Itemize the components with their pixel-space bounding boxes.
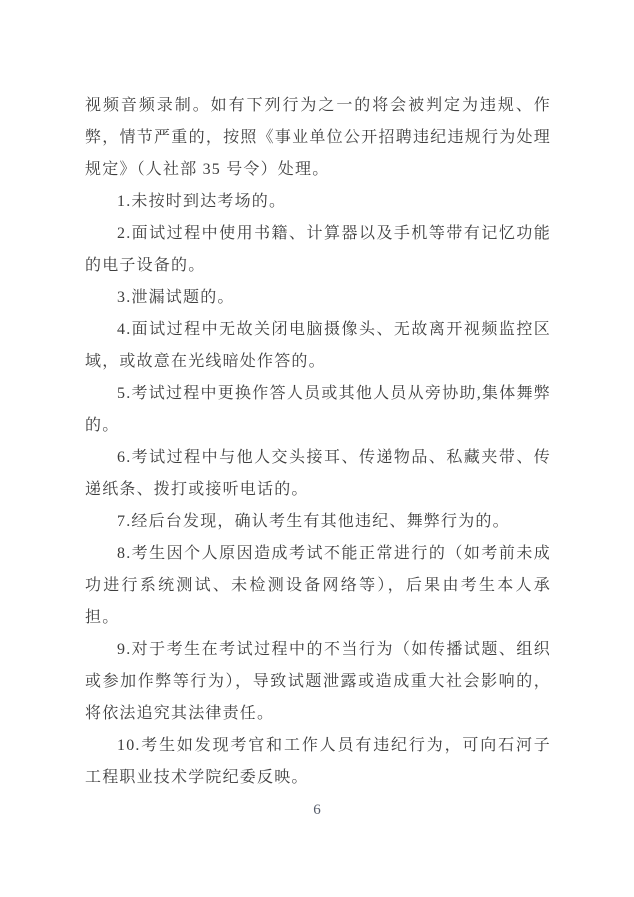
paragraph-item-4: 4.面试过程中无故关闭电脑摄像头、无故离开视频监控区域，或故意在光线暗处作答的。 xyxy=(85,314,551,378)
paragraph-item-9: 9.对于考生在考试过程中的不当行为（如传播试题、组织或参加作弊等行为），导致试题… xyxy=(85,634,551,730)
page-number: 6 xyxy=(0,798,634,822)
paragraph-item-8: 8.考生因个人原因造成考试不能正常进行的（如考前未成功进行系统测试、未检测设备网… xyxy=(85,538,551,634)
paragraph-item-1: 1.未按时到达考场的。 xyxy=(85,186,551,218)
paragraph-item-6: 6.考试过程中与他人交头接耳、传递物品、私藏夹带、传递纸条、拨打或接听电话的。 xyxy=(85,442,551,506)
document-page: 视频音频录制。如有下列行为之一的将会被判定为违规、作弊，情节严重的，按照《事业单… xyxy=(0,0,634,897)
paragraph-continuation: 视频音频录制。如有下列行为之一的将会被判定为违规、作弊，情节严重的，按照《事业单… xyxy=(85,90,551,186)
paragraph-item-7: 7.经后台发现，确认考生有其他违纪、舞弊行为的。 xyxy=(85,506,551,538)
paragraph-item-5: 5.考试过程中更换作答人员或其他人员从旁协助,集体舞弊的。 xyxy=(85,378,551,442)
paragraph-item-2: 2.面试过程中使用书籍、计算器以及手机等带有记忆功能的电子设备的。 xyxy=(85,218,551,282)
paragraph-item-3: 3.泄漏试题的。 xyxy=(85,282,551,314)
paragraph-item-10: 10.考生如发现考官和工作人员有违纪行为，可向石河子工程职业技术学院纪委反映。 xyxy=(85,730,551,794)
